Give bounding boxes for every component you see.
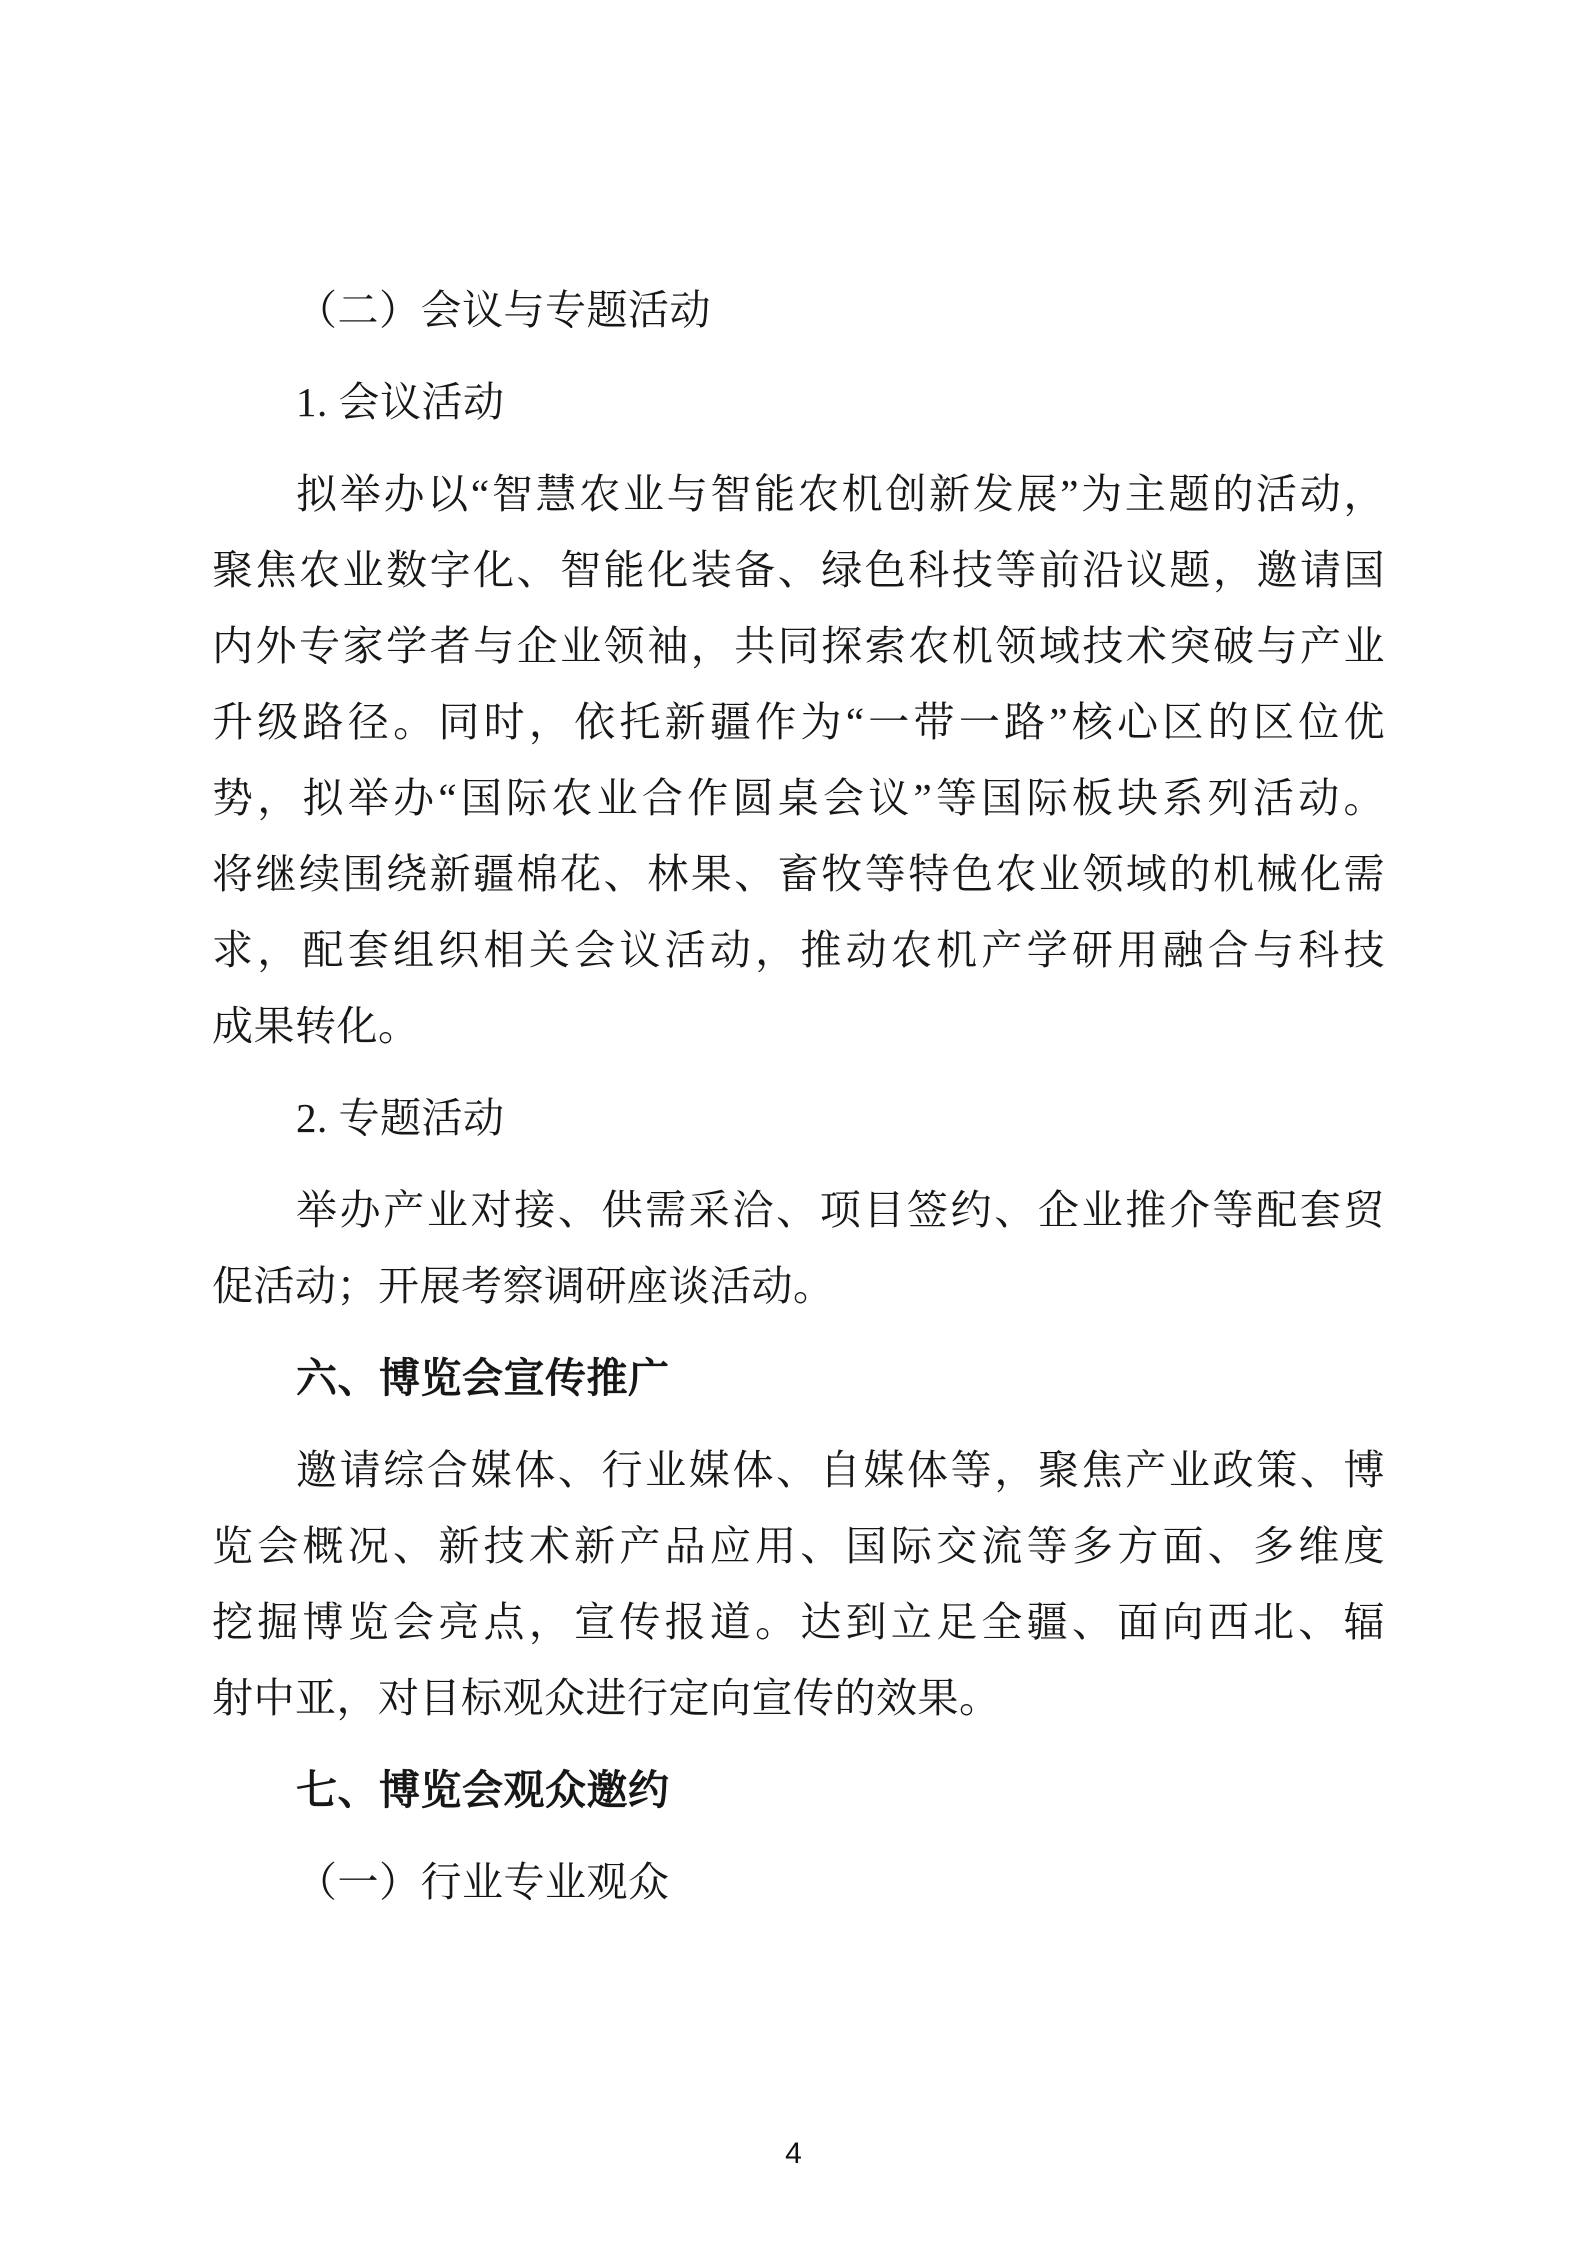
paragraph-line: 挖掘博览会亮点，宣传报道。达到立足全疆、面向西北、辐 [212,1584,1385,1660]
numbered-heading: 2. 专题活动 [212,1080,1385,1156]
paragraph-line: 览会概况、新技术新产品应用、国际交流等多方面、多维度 [212,1508,1385,1584]
paragraph-line: 邀请综合媒体、行业媒体、自媒体等，聚焦产业政策、博 [212,1432,1385,1508]
paragraph-line: 举办产业对接、供需采洽、项目签约、企业推介等配套贸 [212,1172,1385,1248]
paragraph-line: 内外专家学者与企业领袖，共同探索农机领域技术突破与产业 [212,608,1385,684]
subsection-heading: （二）会议与专题活动 [212,272,1385,348]
document-page: （二）会议与专题活动 1. 会议活动 拟举办以“智慧农业与智能农机创新发展”为主… [0,0,1587,2245]
paragraph-line: 成果转化。 [212,988,1385,1064]
paragraph-line: 升级路径。同时，依托新疆作为“一带一路”核心区的区位优 [212,684,1385,760]
paragraph-line: 拟举办以“智慧农业与智能农机创新发展”为主题的活动， [212,456,1385,532]
section-heading: 七、博览会观众邀约 [212,1752,1385,1828]
paragraph-line: 射中亚，对目标观众进行定向宣传的效果。 [212,1660,1385,1736]
section-heading: 六、博览会宣传推广 [212,1340,1385,1416]
paragraph-line: 势，拟举办“国际农业合作圆桌会议”等国际板块系列活动。 [212,760,1385,836]
paragraph-line: 聚焦农业数字化、智能化装备、绿色科技等前沿议题，邀请国 [212,532,1385,608]
subsection-heading: （一）行业专业观众 [212,1844,1385,1920]
paragraph-line: 求，配套组织相关会议活动，推动农机产学研用融合与科技 [212,912,1385,988]
paragraph-line: 将继续围绕新疆棉花、林果、畜牧等特色农业领域的机械化需 [212,836,1385,912]
page-number: 4 [785,2137,802,2170]
page-footer: 4 [0,2132,1587,2176]
paragraph-line: 促活动；开展考察调研座谈活动。 [212,1248,1385,1324]
numbered-heading: 1. 会议活动 [212,364,1385,440]
text-column: （二）会议与专题活动 1. 会议活动 拟举办以“智慧农业与智能农机创新发展”为主… [212,256,1385,1936]
